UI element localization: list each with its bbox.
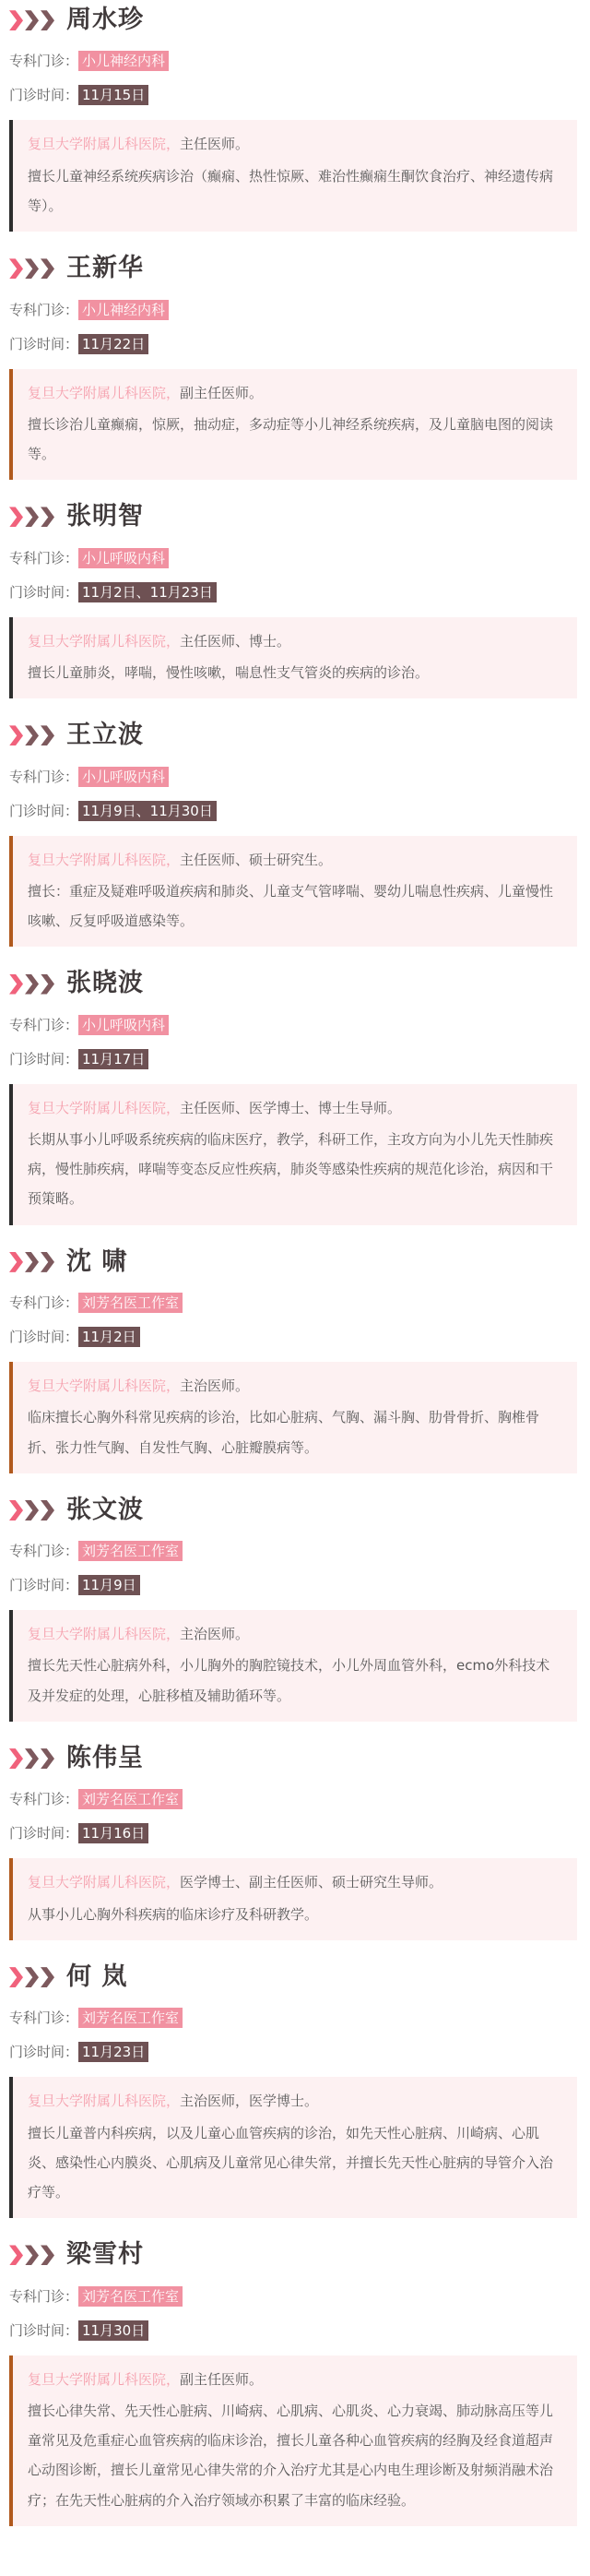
doctor-name: 周水珍 [66,6,144,35]
time-row: 门诊时间：11月2日 [9,1326,577,1348]
doctor-description: 擅长心律失常、先天性心脏病、川崎病、心肌病、心肌炎、心力衰竭、肺动脉高压等儿童常… [28,2396,562,2515]
doctor-name: 张文波 [66,1496,144,1525]
doctor-entry: 周水珍 专科门诊：小儿神经内科 门诊时间：11月15日 复旦大学附属儿科医院，主… [9,6,577,232]
specialty-badge: 小儿呼吸内科 [78,767,169,787]
doctor-name-header: 王新华 [9,254,577,283]
specialty-row: 专科门诊：刘芳名医工作室 [9,2007,577,2029]
time-label: 门诊时间： [9,1051,78,1067]
time-label: 门诊时间： [9,87,78,103]
chevron-right-icon [9,258,23,279]
hospital-name: 复旦大学附属儿科医院， [28,1626,180,1642]
chevron-right-icon [41,1500,54,1521]
time-row: 门诊时间：11月30日 [9,2320,577,2342]
time-badge: 11月2日 [78,1327,140,1347]
doctor-title: 主治医师，医学博士。 [180,2093,318,2109]
specialty-label: 专科门诊： [9,302,78,318]
chevron-right-icon [41,1967,54,1987]
specialty-label: 专科门诊： [9,2288,78,2305]
specialty-label: 专科门诊： [9,1017,78,1033]
hospital-name: 复旦大学附属儿科医院， [28,633,180,650]
doctor-description: 擅长先天性心脏病外科，小儿胸外的胸腔镜技术，小儿外周血管外科，ecmo外科技术及… [28,1651,562,1711]
doctor-title: 医学博士、副主任医师、硕士研究生导师。 [180,1874,442,1890]
time-badge: 11月2日、11月23日 [78,582,217,602]
specialty-row: 专科门诊：刘芳名医工作室 [9,1788,577,1810]
doctor-entry: 张明智 专科门诊：小儿呼吸内科 门诊时间：11月2日、11月23日 复旦大学附属… [9,502,577,698]
hospital-title-line: 复旦大学附属儿科医院，主治医师。 [28,1619,562,1649]
hospital-name: 复旦大学附属儿科医院， [28,136,180,152]
doctor-name: 梁雪村 [66,2240,144,2270]
doctor-description: 擅长儿童神经系统疾病诊治（癫痫、热性惊厥、难治性癫痫生酮饮食治疗、神经遗传病等）… [28,161,562,221]
chevron-right-icon [41,1748,54,1769]
chevron-right-icon [25,258,39,279]
specialty-row: 专科门诊：刘芳名医工作室 [9,1292,577,1314]
time-label: 门诊时间： [9,2322,78,2339]
hospital-title-line: 复旦大学附属儿科医院，主任医师。 [28,129,562,159]
doctor-detail-box: 复旦大学附属儿科医院，主治医师。 擅长先天性心脏病外科，小儿胸外的胸腔镜技术，小… [9,1610,577,1722]
doctor-description: 擅长儿童肺炎，哮喘，慢性咳嗽，喘息性支气管炎的疾病的诊治。 [28,658,562,687]
time-label: 门诊时间： [9,336,78,352]
hospital-name: 复旦大学附属儿科医院， [28,1874,180,1890]
specialty-row: 专科门诊：刘芳名医工作室 [9,2285,577,2308]
doctor-description: 擅长儿童普内科疾病，以及儿童心血管疾病的诊治，如先天性心脏病、川崎病、心肌炎、感… [28,2118,562,2208]
doctor-title: 主治医师。 [180,1626,249,1642]
time-row: 门诊时间：11月22日 [9,333,577,355]
doctor-entry: 张晓波 专科门诊：小儿呼吸内科 门诊时间：11月17日 复旦大学附属儿科医院，主… [9,969,577,1224]
chevron-right-icon [9,1500,23,1521]
specialty-badge: 小儿呼吸内科 [78,1015,169,1035]
doctor-title: 主任医师。 [180,136,249,152]
chevron-right-icon [9,1967,23,1987]
specialty-row: 专科门诊：小儿呼吸内科 [9,1014,577,1036]
hospital-title-line: 复旦大学附属儿科医院，主任医师、医学博士、博士生导师。 [28,1093,562,1123]
hospital-name: 复旦大学附属儿科医院， [28,1377,180,1394]
chevron-right-icon [41,974,54,995]
specialty-badge: 小儿神经内科 [78,51,169,71]
hospital-title-line: 复旦大学附属儿科医院，主任医师、博士。 [28,626,562,656]
specialty-badge: 刘芳名医工作室 [78,2286,183,2307]
doctor-description: 从事小儿心胸外科疾病的临床诊疗及科研教学。 [28,1900,562,1929]
chevron-right-icon [9,10,23,30]
doctor-name-header: 张文波 [9,1496,577,1525]
doctor-detail-box: 复旦大学附属儿科医院，主治医师，医学博士。 擅长儿童普内科疾病，以及儿童心血管疾… [9,2077,577,2218]
specialty-badge: 小儿神经内科 [78,300,169,320]
specialty-label: 专科门诊： [9,769,78,785]
chevron-right-icon [25,974,39,995]
doctor-name: 沈 啸 [66,1247,127,1277]
chevron-right-icon [9,725,23,745]
time-badge: 11月23日 [78,2042,148,2062]
specialty-badge: 刘芳名医工作室 [78,1789,183,1809]
doctor-name-header: 何 岚 [9,1962,577,1992]
doctor-name: 何 岚 [66,1962,127,1992]
doctor-name-header: 张明智 [9,502,577,531]
doctor-title: 副主任医师。 [180,2371,263,2388]
hospital-name: 复旦大学附属儿科医院， [28,2371,180,2388]
chevron-right-icon [41,507,54,527]
hospital-title-line: 复旦大学附属儿科医院，副主任医师。 [28,2365,562,2394]
chevron-right-icon [9,1748,23,1769]
time-row: 门诊时间：11月2日、11月23日 [9,581,577,603]
doctor-entry: 王新华 专科门诊：小儿神经内科 门诊时间：11月22日 复旦大学附属儿科医院，副… [9,254,577,480]
doctor-name-header: 周水珍 [9,6,577,35]
chevron-right-icon [25,1748,39,1769]
doctor-entry: 沈 啸 专科门诊：刘芳名医工作室 门诊时间：11月2日 复旦大学附属儿科医院，主… [9,1247,577,1473]
specialty-badge: 小儿呼吸内科 [78,548,169,568]
specialty-label: 专科门诊： [9,1791,78,1807]
doctor-description: 擅长诊治儿童癫痫，惊厥，抽动症，多动症等小儿神经系统疾病，及儿童脑电图的阅读等。 [28,410,562,470]
doctor-detail-box: 复旦大学附属儿科医院，主治医师。 临床擅长心胸外科常见疾病的诊治，比如心脏病、气… [9,1362,577,1473]
doctor-list-page: 周水珍 专科门诊：小儿神经内科 门诊时间：11月15日 复旦大学附属儿科医院，主… [0,0,590,2576]
doctor-description: 擅长：重症及疑难呼吸道疾病和肺炎、儿童支气管哮喘、婴幼儿喘息性疾病、儿童慢性咳嗽… [28,877,562,936]
doctor-name: 张晓波 [66,969,144,998]
doctor-name: 王新华 [66,254,144,283]
chevron-right-icon [41,725,54,745]
hospital-title-line: 复旦大学附属儿科医院，医学博士、副主任医师、硕士研究生导师。 [28,1867,562,1897]
doctor-title: 副主任医师。 [180,385,263,401]
time-label: 门诊时间： [9,1577,78,1593]
doctor-name: 陈伟呈 [66,1744,144,1773]
specialty-badge: 刘芳名医工作室 [78,1293,183,1313]
doctor-name-header: 张晓波 [9,969,577,998]
doctor-name-header: 梁雪村 [9,2240,577,2270]
specialty-row: 专科门诊：刘芳名医工作室 [9,1540,577,1562]
specialty-label: 专科门诊： [9,1294,78,1311]
specialty-label: 专科门诊： [9,1543,78,1559]
hospital-name: 复旦大学附属儿科医院， [28,852,180,868]
time-label: 门诊时间： [9,1825,78,1842]
time-label: 门诊时间： [9,803,78,819]
chevron-right-icon [9,1252,23,1272]
doctor-title: 主任医师、硕士研究生。 [180,852,332,868]
time-badge: 11月9日 [78,1575,140,1595]
specialty-row: 专科门诊：小儿神经内科 [9,299,577,321]
chevron-right-icon [25,1500,39,1521]
doctor-description: 长期从事小儿呼吸系统疾病的临床医疗，教学，科研工作，主攻方向为小儿先天性肺疾病，… [28,1125,562,1214]
doctor-detail-box: 复旦大学附属儿科医院，医学博士、副主任医师、硕士研究生导师。 从事小儿心胸外科疾… [9,1858,577,1940]
doctor-description: 临床擅长心胸外科常见疾病的诊治，比如心脏病、气胸、漏斗胸、肋骨骨折、胸椎骨折、张… [28,1402,562,1462]
specialty-badge: 刘芳名医工作室 [78,1541,183,1561]
chevron-right-icon [9,507,23,527]
doctor-entry: 梁雪村 专科门诊：刘芳名医工作室 门诊时间：11月30日 复旦大学附属儿科医院，… [9,2240,577,2526]
hospital-title-line: 复旦大学附属儿科医院，主治医师，医学博士。 [28,2086,562,2116]
doctor-detail-box: 复旦大学附属儿科医院，主任医师。 擅长儿童神经系统疾病诊治（癫痫、热性惊厥、难治… [9,120,577,232]
doctor-detail-box: 复旦大学附属儿科医院，主任医师、硕士研究生。 擅长：重症及疑难呼吸道疾病和肺炎、… [9,836,577,948]
hospital-name: 复旦大学附属儿科医院， [28,1100,180,1116]
doctor-name-header: 王立波 [9,721,577,750]
doctor-entry: 王立波 专科门诊：小儿呼吸内科 门诊时间：11月9日、11月30日 复旦大学附属… [9,721,577,947]
chevron-right-icon [41,1252,54,1272]
time-badge: 11月15日 [78,85,148,105]
doctor-name-header: 沈 啸 [9,1247,577,1277]
specialty-label: 专科门诊： [9,2010,78,2026]
doctor-title: 主任医师、医学博士、博士生导师。 [180,1100,401,1116]
time-row: 门诊时间：11月15日 [9,84,577,106]
doctor-name: 王立波 [66,721,144,750]
doctor-detail-box: 复旦大学附属儿科医院，副主任医师。 擅长诊治儿童癫痫，惊厥，抽动症，多动症等小儿… [9,369,577,481]
time-badge: 11月30日 [78,2320,148,2341]
time-row: 门诊时间：11月16日 [9,1822,577,1844]
time-badge: 11月17日 [78,1049,148,1069]
chevron-right-icon [25,10,39,30]
hospital-title-line: 复旦大学附属儿科医院，主治医师。 [28,1371,562,1401]
specialty-row: 专科门诊：小儿呼吸内科 [9,766,577,788]
doctor-name-header: 陈伟呈 [9,1744,577,1773]
chevron-right-icon [25,1252,39,1272]
time-badge: 11月9日、11月30日 [78,801,217,821]
chevron-right-icon [41,258,54,279]
hospital-name: 复旦大学附属儿科医院， [28,2093,180,2109]
chevron-right-icon [25,2245,39,2265]
chevron-right-icon [9,2245,23,2265]
doctor-title: 主任医师、博士。 [180,633,290,650]
time-label: 门诊时间： [9,584,78,601]
time-badge: 11月16日 [78,1823,148,1843]
hospital-title-line: 复旦大学附属儿科医院，主任医师、硕士研究生。 [28,845,562,875]
specialty-row: 专科门诊：小儿呼吸内科 [9,547,577,569]
chevron-right-icon [41,10,54,30]
doctor-title: 主治医师。 [180,1377,249,1394]
specialty-label: 专科门诊： [9,53,78,69]
time-label: 门诊时间： [9,1329,78,1345]
chevron-right-icon [25,725,39,745]
hospital-title-line: 复旦大学附属儿科医院，副主任医师。 [28,378,562,408]
doctor-detail-box: 复旦大学附属儿科医院，主任医师、医学博士、博士生导师。 长期从事小儿呼吸系统疾病… [9,1084,577,1225]
doctor-name: 张明智 [66,502,144,531]
chevron-right-icon [41,2245,54,2265]
time-label: 门诊时间： [9,2044,78,2060]
doctor-detail-box: 复旦大学附属儿科医院，主任医师、博士。 擅长儿童肺炎，哮喘，慢性咳嗽，喘息性支气… [9,617,577,699]
specialty-row: 专科门诊：小儿神经内科 [9,50,577,72]
doctor-entry: 张文波 专科门诊：刘芳名医工作室 门诊时间：11月9日 复旦大学附属儿科医院，主… [9,1496,577,1722]
time-badge: 11月22日 [78,334,148,354]
chevron-right-icon [9,974,23,995]
time-row: 门诊时间：11月9日、11月30日 [9,800,577,822]
time-row: 门诊时间：11月23日 [9,2041,577,2063]
time-row: 门诊时间：11月17日 [9,1048,577,1070]
specialty-label: 专科门诊： [9,550,78,566]
time-row: 门诊时间：11月9日 [9,1574,577,1596]
doctor-entry: 何 岚 专科门诊：刘芳名医工作室 门诊时间：11月23日 复旦大学附属儿科医院，… [9,1962,577,2218]
hospital-name: 复旦大学附属儿科医院， [28,385,180,401]
specialty-badge: 刘芳名医工作室 [78,2008,183,2028]
doctor-entry: 陈伟呈 专科门诊：刘芳名医工作室 门诊时间：11月16日 复旦大学附属儿科医院，… [9,1744,577,1940]
doctor-detail-box: 复旦大学附属儿科医院，副主任医师。 擅长心律失常、先天性心脏病、川崎病、心肌病、… [9,2355,577,2526]
chevron-right-icon [25,1967,39,1987]
chevron-right-icon [25,507,39,527]
